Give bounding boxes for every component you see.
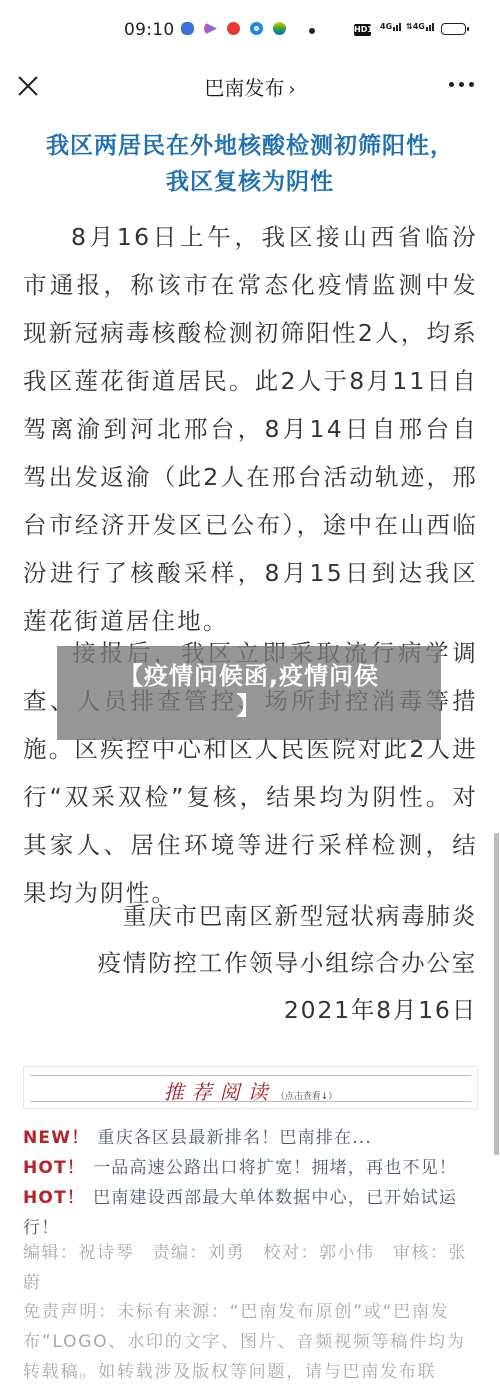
notification-dot-icon [309, 28, 315, 34]
signature-date: 2021年8月16日 [98, 987, 478, 1034]
article-headline: 我区两居民在外地核酸检测初筛阳性， 我区复核为阴性 [0, 128, 500, 200]
red-video-icon [227, 22, 240, 35]
account-title: 巴南发布 [204, 76, 284, 100]
recommend-link-text: 巴南建设西部最大单体数据中心，已开始试运行！ [23, 1188, 457, 1238]
signal-4g-2-icon: ⇅4G [406, 22, 434, 31]
more-icon [449, 82, 454, 87]
headline-line-1: 我区两居民在外地核酸检测初筛阳性， [0, 128, 500, 164]
nav-bar: 巴南发布› [0, 60, 500, 115]
overlay-caption-line-1: 【疫情问候函,疫情问侯 [57, 661, 441, 691]
blue-circle-icon [250, 22, 263, 35]
account-title-link[interactable]: 巴南发布› [0, 72, 500, 101]
headline-line-2: 我区复核为阴性 [0, 164, 500, 200]
recommend-link-3[interactable]: HOT！巴南建设西部最大单体数据中心，已开始试运行！ [23, 1183, 478, 1243]
battery-icon [441, 23, 466, 35]
more-button[interactable] [449, 82, 474, 87]
status-time: 09:10 [124, 20, 175, 40]
hot-tag: HOT！ [23, 1158, 85, 1178]
status-app-icons [181, 22, 286, 35]
paragraph-1-text: 8月16日上午，我区接山西省临汾市通报，称该市在常态化疫情监测中发现新冠病毒核酸… [23, 223, 478, 635]
article-signature: 重庆市巴南区新型冠状病毒肺炎 疫情防控工作领导小组综合办公室 2021年8月16… [98, 893, 478, 1034]
article-paragraph-1: 8月16日上午，我区接山西省临汾市通报，称该市在常态化疫情监测中发现新冠病毒核酸… [23, 213, 478, 645]
chevron-right-icon: › [288, 79, 295, 100]
baidu-icon [181, 22, 194, 35]
divider [30, 1101, 471, 1102]
signal-4g-label: 4G [380, 22, 392, 31]
recommend-list: NEW！重庆各区县最新排名！巴南排在... HOT！一品高速公路出口将扩宽！拥堵… [23, 1123, 478, 1243]
signal-4g-2-label: ⇅4G [406, 22, 425, 31]
disclaimer: 免责声明：未标有来源：“巴南发布原创”或“巴南发布”LOGO、水印的文字、图片、… [23, 1297, 478, 1387]
recommend-link-text: 一品高速公路出口将扩宽！拥堵，再也不见！ [93, 1158, 457, 1178]
recommend-link-1[interactable]: NEW！重庆各区县最新排名！巴南排在... [23, 1123, 478, 1153]
recommend-link-2[interactable]: HOT！一品高速公路出口将扩宽！拥堵，再也不见！ [23, 1153, 478, 1183]
overlay-caption: 【疫情问候函,疫情问侯 】 [57, 646, 441, 740]
hot-tag: HOT！ [23, 1188, 85, 1208]
status-bar: 09:10 HD1 4G ⇅4G [0, 0, 500, 60]
new-tag: NEW！ [23, 1128, 89, 1148]
editor-credits: 编辑：祝诗琴 责编：刘勇 校对：郭小伟 审核：张蔚 [23, 1238, 478, 1298]
signature-line-1: 重庆市巴南区新型冠状病毒肺炎 [98, 893, 478, 940]
signal-4g-icon: 4G [380, 22, 401, 31]
hd-badge: HD1 [354, 24, 371, 36]
scrollbar[interactable] [494, 833, 499, 1155]
overlay-caption-line-2: 】 [57, 691, 441, 721]
recommend-header: 推荐阅读（点击查看↓） [23, 1066, 478, 1109]
recommend-link-text: 重庆各区县最新排名！巴南排在... [97, 1128, 372, 1148]
tencent-video-icon [273, 22, 286, 35]
signature-line-2: 疫情防控工作领导小组综合办公室 [98, 940, 478, 987]
youku-icon [204, 22, 217, 35]
